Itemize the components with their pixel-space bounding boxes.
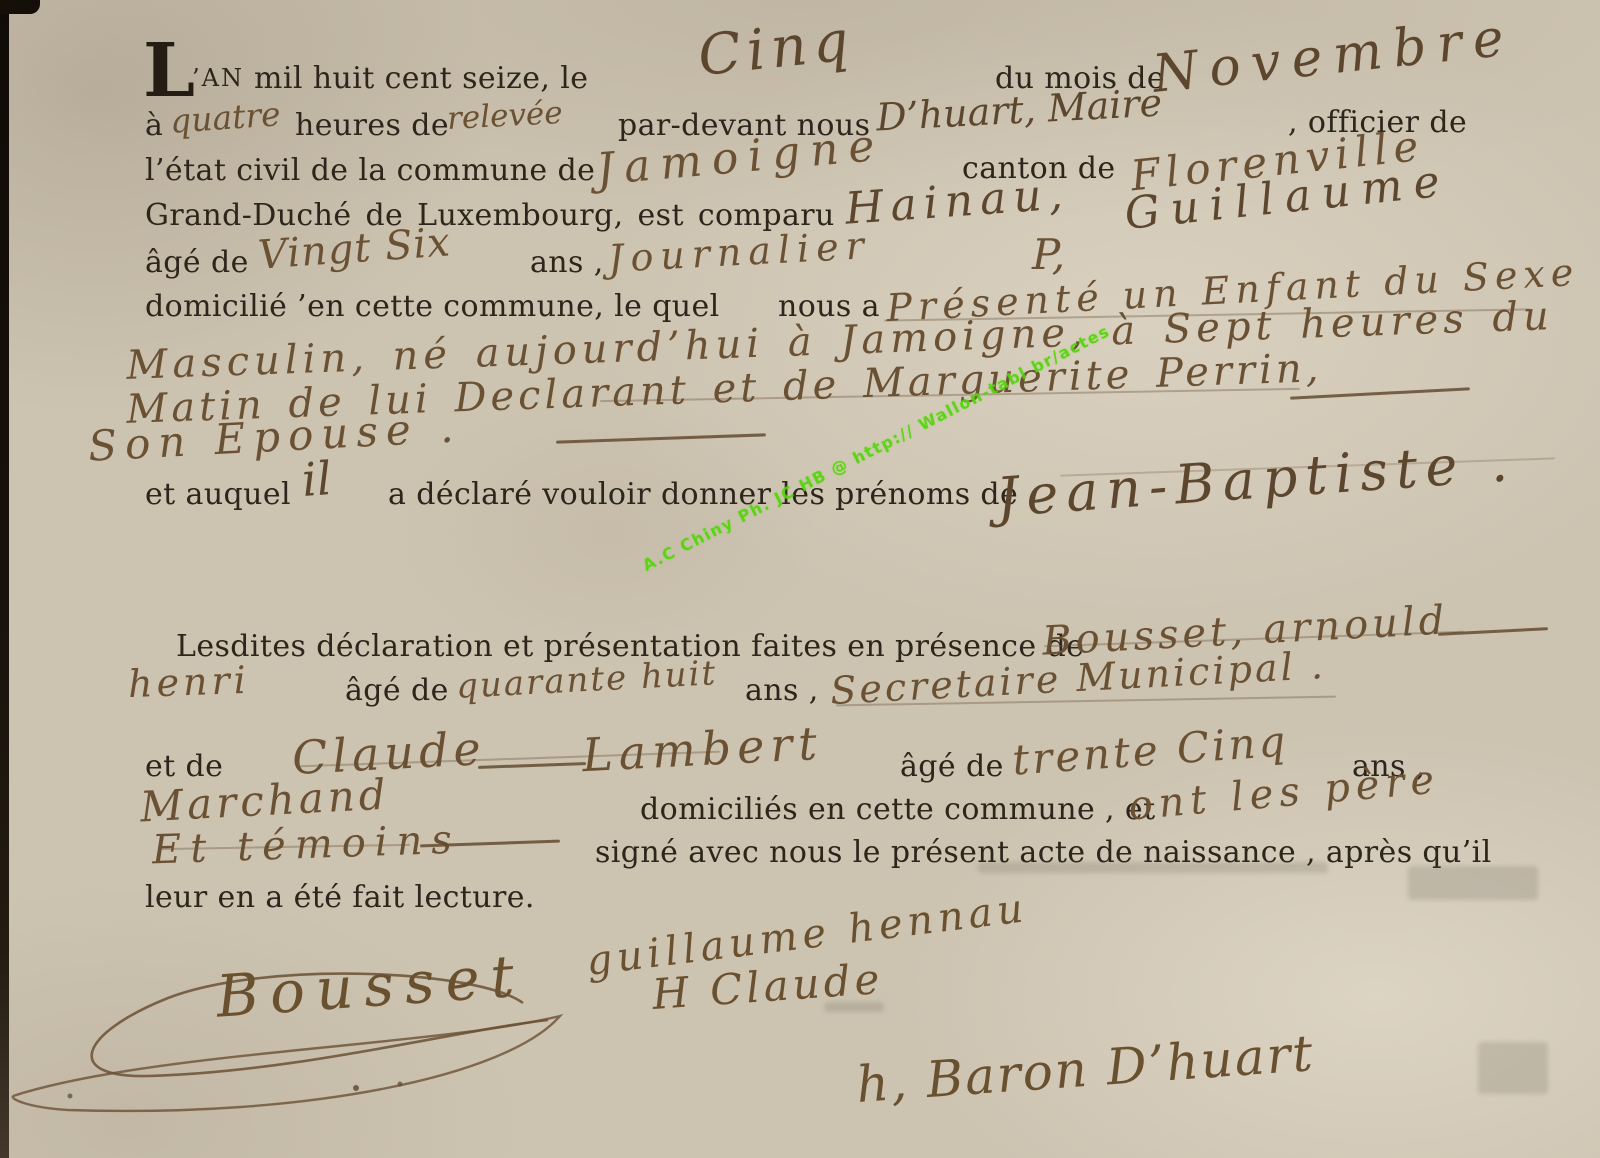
hand-witness1-name2: henri xyxy=(127,658,250,706)
bleed-through xyxy=(1478,1042,1548,1094)
print-w2-age-label: âgé de xyxy=(900,749,1004,784)
print-year-phrase: mil huit cent seize, le xyxy=(254,61,588,96)
print-hour-a: à xyxy=(145,108,163,143)
print-domicilies: domiciliés en cette commune , et xyxy=(640,792,1156,827)
print-declare-prenoms: a déclaré vouloir donner les prénoms de xyxy=(388,477,1018,512)
bleed-through xyxy=(1408,866,1538,900)
signature-flourish xyxy=(8,968,588,1158)
print-domicilie-a: domicilié ’en cette commune, le quel xyxy=(145,289,720,324)
signature-mayor: h, Baron D’huart xyxy=(855,1024,1317,1114)
print-lecture: leur en a été fait lecture. xyxy=(145,880,535,915)
hand-day: Cinq xyxy=(695,8,858,89)
hand-surname: Hainau, xyxy=(843,168,1071,235)
scan-edge-corner xyxy=(0,0,40,14)
pen-dash xyxy=(478,762,586,769)
print-an: ’AN xyxy=(192,64,244,92)
hand-daypart: relevée xyxy=(446,95,563,137)
pen-dash xyxy=(556,433,766,443)
print-hour-b: heures de xyxy=(295,108,449,143)
print-w1-age-label: âgé de xyxy=(345,673,449,708)
hand-hour: quatre xyxy=(169,94,282,141)
hand-il: il xyxy=(300,451,333,507)
print-ans: ans , xyxy=(530,245,604,280)
hand-officer: D’huart, Maire xyxy=(875,81,1163,140)
hand-witness2-last: Lambert xyxy=(581,716,824,783)
hand-flourish: P, xyxy=(1032,230,1065,279)
hand-month: Novembre xyxy=(1150,7,1517,105)
print-w1-ans: ans , xyxy=(745,673,819,708)
print-et-auquel: et auquel xyxy=(145,477,291,512)
bleed-through xyxy=(824,1002,884,1012)
print-duchy: Grand-Duché de Luxembourg, est comparu xyxy=(145,198,835,233)
print-age-label: âgé de xyxy=(145,245,249,280)
scanned-register-page: L ’AN mil huit cent seize, le Cinq du mo… xyxy=(0,0,1600,1158)
bleed-through xyxy=(978,862,1328,873)
print-commune-label: l’état civil de la commune de xyxy=(145,153,595,188)
hand-child-name: Jean-Baptiste . xyxy=(994,430,1517,529)
